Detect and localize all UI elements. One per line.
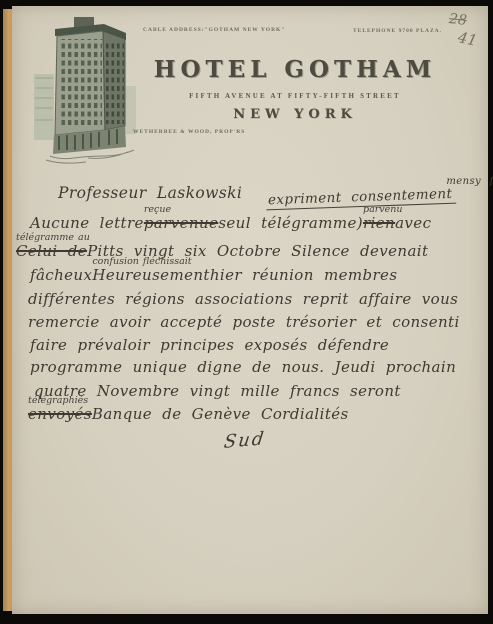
interline-correction: télégramme au (16, 232, 90, 243)
handwriting-segment: fâcheux (30, 266, 92, 284)
handwriting-segment: confusion fléchissaitHeureusement (92, 266, 210, 284)
handwriting-segment: Banque de Genève Cordialités (92, 405, 349, 423)
insertion-small-text: mensy fou (266, 176, 493, 187)
hotel-city: NEW YORK (140, 107, 450, 122)
telephone-line: TELEPHONE 9700 PLAZA. (353, 28, 442, 34)
cable-address-line: CABLE ADDRESS:"GOTHAM NEW YORK" (143, 27, 285, 33)
handwriting-segment: reçueparvenue (144, 214, 218, 232)
recipient-line: Professeur Laskowski (58, 184, 242, 202)
handwritten-line: programme unique digne de nous. Jeudi pr… (30, 358, 456, 376)
handwriting-segment: avec (395, 214, 431, 232)
handwriting-segment: télégramme auCelui de (16, 242, 87, 260)
letter-paper: CABLE ADDRESS:"GOTHAM NEW YORK" TELEPHON… (12, 6, 488, 614)
handwritten-line: fâcheux confusion fléchissaitHeureusemen… (30, 266, 397, 284)
letterhead-center-block: HOTEL GOTHAM FIFTH AVENUE AT FIFTY-FIFTH… (140, 56, 450, 122)
handwriting-segment: Aucune lettre (30, 214, 144, 232)
handwriting-segment: seul télégramme) (218, 214, 363, 232)
handwritten-line: remercie avoir accepté poste trésorier e… (28, 313, 460, 331)
insertion-main-text: expriment consentement (266, 186, 457, 211)
handwriting-segment: quatre Novembre vingt mille francs seron… (34, 382, 401, 400)
handwritten-line: différentes régions associations reprit … (28, 290, 458, 308)
pencil-annotation-struck: 28 (448, 11, 467, 29)
proprietors-line: WETHERBEE & WOOD, PROP'RS (133, 129, 245, 135)
hotel-building-illustration (28, 8, 140, 166)
handwritten-line: télégramme auCelui de Pitts vingt six Oc… (16, 242, 428, 260)
handwritten-line: faire prévaloir principes exposés défend… (30, 336, 389, 354)
handwriting-segment: programme unique digne de nous. Jeudi pr… (30, 358, 456, 376)
handwritten-line: télégraphiésenvoyés Banque de Genève Cor… (28, 405, 349, 423)
handwritten-body: Professeur Laskowski mensy fou expriment… (28, 180, 476, 480)
hotel-name: HOTEL GOTHAM (140, 56, 450, 83)
handwriting-segment: télégraphiésenvoyés (28, 405, 92, 423)
scanned-letter-page: { "scan": { "pencil_number_struck": "28"… (0, 0, 493, 624)
pencil-annotation: 41 (456, 28, 478, 50)
handwritten-line: Aucune lettre reçueparvenue seul télégra… (30, 214, 431, 232)
handwriting-segment: parvenurien (363, 214, 395, 232)
handwritten-line: quatre Novembre vingt mille francs seron… (34, 382, 401, 400)
interline-correction: reçue (144, 204, 171, 215)
handwritten-insertion: mensy fou expriment consentement (266, 176, 493, 207)
hotel-address: FIFTH AVENUE AT FIFTY-FIFTH STREET (140, 92, 450, 100)
handwriting-segment: remercie avoir accepté poste trésorier e… (28, 313, 460, 331)
handwriting-segment: faire prévaloir principes exposés défend… (30, 336, 389, 354)
interline-correction: confusion fléchissait (92, 256, 191, 267)
interline-correction: télégraphiés (28, 395, 88, 406)
handwriting-segment: hier réunion membres (210, 266, 398, 284)
signature: Sud (223, 428, 267, 453)
handwriting-segment: différentes régions associations reprit … (28, 290, 458, 308)
